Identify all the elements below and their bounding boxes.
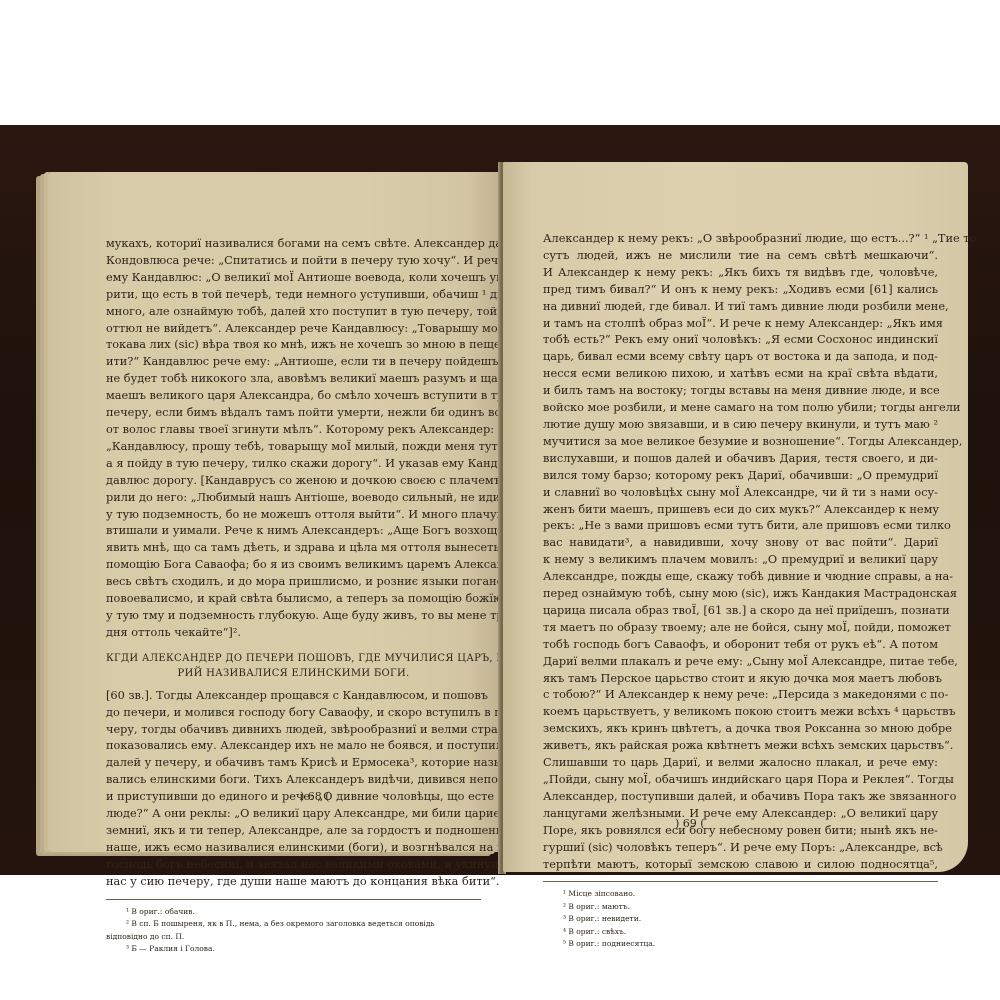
- text-line: Александре, пожды еще, скажу тобѣ дивние…: [543, 569, 938, 586]
- text-line: мукахъ, коториї називалися богами на сем…: [106, 236, 481, 253]
- text-line: И Александер к нему рекъ: „Якъ бихъ тя в…: [543, 265, 938, 282]
- text-line: нас у сию печеру, где души наше маютъ до…: [106, 874, 481, 891]
- footnote: ³ В ориг.: невидети.: [543, 913, 938, 926]
- text-line: до печери, и молився господу богу Саваоф…: [106, 705, 481, 722]
- footnote: ² В сп. Б пошыреня, як в П., нема, а без…: [106, 918, 481, 931]
- text-line: далей у печеру, и обачивъ тамъ Крисѣ и Е…: [106, 755, 481, 772]
- chapter-heading-line-2: РИЙ НАЗИВАЛИСЯ ЕЛИНСКИМИ БОГИ.: [106, 666, 481, 681]
- text-line: сутъ людей, ижъ не мислили тие на семъ с…: [543, 248, 938, 265]
- text-line: у тую тму и подземность глубокую. Аще бу…: [106, 608, 481, 625]
- right-page-paragraph: Александер к нему рекъ: „О звѣрообразниї…: [543, 231, 938, 873]
- text-line: рити, що есть в той печерѣ, теди немного…: [106, 287, 481, 304]
- text-line: втишали и уимали. Рече к нимъ Александер…: [106, 523, 481, 540]
- page-number-69: ) 69 (: [675, 817, 705, 830]
- text-line: на дивниї людей, где бивал. И тиї тамъ д…: [543, 299, 938, 316]
- text-line: „Кандавлюсу, прошу тебѣ, товарыщу моЇ ми…: [106, 439, 481, 456]
- text-line: Слишавши то царь Дариї, и велми жалосно …: [543, 755, 938, 772]
- text-line: а я пойду в тую печеру, тилко скажи доро…: [106, 456, 481, 473]
- text-line: и славниї во чоловѣцѣх сыну моЇ Александ…: [543, 485, 938, 502]
- text-line: люде?“ А они реклы: „О великиї цару Алек…: [106, 806, 481, 823]
- text-line: и тамъ на столпѣ образ моЇ“. И рече к не…: [543, 316, 938, 333]
- text-line: [60 зв.]. Тогды Александер прощався с Ка…: [106, 688, 481, 705]
- text-line: вислухавши, и пошов далей и обачивъ Дари…: [543, 451, 938, 468]
- right-page-body: Александер к нему рекъ: „О звѣрообразниї…: [543, 231, 938, 951]
- footnote: ¹ В ориг.: обачив.: [106, 906, 481, 919]
- text-line: ланцугами желѣзными. И рече ему Александ…: [543, 806, 938, 823]
- footnote: ⁴ В ориг.: свѣхъ.: [543, 926, 938, 939]
- text-line: Поре, якъ ровнялся еси богу небесному ро…: [543, 823, 938, 840]
- text-line: Александер к нему рекъ: „О звѣрообразниї…: [543, 231, 938, 248]
- footnote: ² В ориг.: маютъ.: [543, 901, 938, 914]
- footnote: відповідно до сп. П.: [106, 931, 481, 944]
- chapter-heading-line-1: КГДИ АЛЕКСАНДЕР ДО ПЕЧЕРИ ПОШОВЪ, ГДЕ МУ…: [106, 651, 481, 666]
- text-line: рили до него: „Любимый нашъ Антіоше, вое…: [106, 490, 481, 507]
- text-line: гуршиї (sic) чоловѣкъ теперъ“. И рече ем…: [543, 840, 938, 857]
- text-line: вился тому барзо; которому рекъ Дариї, о…: [543, 468, 938, 485]
- text-line: повоевалисмо, и край свѣта былисмо, а те…: [106, 591, 481, 608]
- text-line: перед ознаймую тобѣ, сыну мою (sic), ижъ…: [543, 586, 938, 603]
- text-line: у тую подземность, бо не можешъ оттоля в…: [106, 507, 481, 524]
- text-line: пред тимъ бивал?“ И онъ к нему рекъ: „Хо…: [543, 282, 938, 299]
- footnote: ³ Б — Раклия і Голова.: [106, 943, 481, 956]
- text-line: войско мое розбили, и мене самаго на том…: [543, 400, 938, 417]
- text-line: весь свѣтъ сходилъ, и до мора пришлисмо,…: [106, 574, 481, 591]
- text-line: ити?“ Кандавлюс рече ему: „Антиоше, если…: [106, 354, 481, 371]
- text-line: показовались ему. Александер ихъ не мало…: [106, 738, 481, 755]
- text-line: царица писала образ твоЇ, [61 зв.] а ско…: [543, 603, 938, 620]
- text-line: терпѣти маютъ, которыї земскою славою и …: [543, 857, 938, 874]
- text-line: рекъ: „Не з вами пришовъ есми тутъ бити,…: [543, 518, 938, 535]
- text-line: токава лих (sic) вѣра твоя ко мнѣ, ижъ н…: [106, 337, 481, 354]
- text-line: коемъ царьствуетъ, у великомъ покою стои…: [543, 704, 938, 721]
- footnote-divider: [106, 899, 481, 900]
- text-line: тя маетъ по образу твоему; але не бойся,…: [543, 620, 938, 637]
- page-number-68: ) 68 (: [300, 790, 330, 803]
- text-line: помощію Бога Саваофа; бо я из своимъ вел…: [106, 557, 481, 574]
- footnote: ¹ Місце зіпсовано.: [543, 888, 938, 901]
- text-line: дня оттоль чекайте“]².: [106, 625, 481, 642]
- text-line: тобѣ есть?“ Рекъ ему ониї чоловѣкъ: „Я е…: [543, 332, 938, 349]
- text-line: „Пойди, сыну моЇ, обачишъ индийскаго цар…: [543, 772, 938, 789]
- text-line: мучитися за мое великое безумие и вознош…: [543, 434, 938, 451]
- text-line: Кондовлюса рече: „Спитатись и пойти в пе…: [106, 253, 481, 270]
- left-page-body: мукахъ, коториї називалися богами на сем…: [106, 236, 481, 956]
- right-page: Александер к нему рекъ: „О звѣрообразниї…: [503, 162, 968, 872]
- text-line: живетъ, якъ райская рожа квѣтнетъ межи в…: [543, 738, 938, 755]
- text-line: якъ тамъ Перское царьство стоит и якую д…: [543, 671, 938, 688]
- text-line: от волос главы твоеї згинути мѣлъ“. Кото…: [106, 422, 481, 439]
- footnote-divider: [543, 881, 938, 882]
- text-line: маешъ великого царя Александра, бо смѣло…: [106, 388, 481, 405]
- text-line: несся есми великою пихою, и хатѣвъ есми …: [543, 366, 938, 383]
- text-line: явить мнѣ, що са тамъ дѣеть, и здрава и …: [106, 540, 481, 557]
- text-line: вались елинскими боги. Тихъ Александеръ …: [106, 772, 481, 789]
- text-line: женъ бити маешъ, пришевъ еси до сих мукъ…: [543, 502, 938, 519]
- text-line: вас навидати³, а навидивши, хочу знову о…: [543, 535, 938, 552]
- text-line: Александер, поступивши далей, и обачивъ …: [543, 789, 938, 806]
- text-line: давлюс дорогу. [Кандаврусъ со женою и до…: [106, 473, 481, 490]
- text-line: лютие душу мою звязавши, и в сию печеру …: [543, 417, 938, 434]
- text-line: ему Кандавлюс: „О великиї моЇ Антиоше во…: [106, 270, 481, 287]
- text-line: черу, тогды обачивъ дивнихъ людей, звѣро…: [106, 722, 481, 739]
- text-line: и билъ тамъ на востоку; тогды вставы на …: [543, 383, 938, 400]
- text-line: Дариї велми плакалъ и рече ему: „Сыну мо…: [543, 654, 938, 671]
- left-page-paragraph-1: мукахъ, коториї називалися богами на сем…: [106, 236, 481, 642]
- left-page-footnotes: ¹ В ориг.: обачив.² В сп. Б пошыреня, як…: [106, 906, 481, 956]
- text-line: печеру, если бимъ вѣдалъ тамъ пойти умер…: [106, 405, 481, 422]
- left-page: мукахъ, коториї називалися богами на сем…: [48, 172, 503, 852]
- text-line: оттюл не вийдетъ“. Александер рече Канда…: [106, 321, 481, 338]
- text-line: земскихъ, якъ кринъ цвѣтетъ, а дочка тво…: [543, 721, 938, 738]
- text-line: наше, ижъ есмо називалися елинскими (бог…: [106, 840, 481, 857]
- text-line: не будет тобѣ никокого зла, авовѣмъ вели…: [106, 371, 481, 388]
- right-page-footnotes: ¹ Місце зіпсовано.² В ориг.: маютъ.³ В о…: [543, 888, 938, 951]
- text-line: и приступивши до единого и рече: „О дивн…: [106, 789, 481, 806]
- text-line: к нему з великимъ плачем мовилъ: „О прем…: [543, 552, 938, 569]
- footnote: ⁵ В ориг.: подниесятца.: [543, 938, 938, 951]
- text-line: с тобою?“ И Александер к нему рече: „Пер…: [543, 687, 938, 704]
- text-line: много, але ознаймую тобѣ, далей хто пост…: [106, 304, 481, 321]
- text-line: земниї, якъ и ти тепер, Александре, але …: [106, 823, 481, 840]
- text-line: царь, бивал есми всему свѣту царъ от вос…: [543, 349, 938, 366]
- text-line: тобѣ господь богъ Саваофъ, и оборонит те…: [543, 637, 938, 654]
- left-page-paragraph-2: [60 зв.]. Тогды Александер прощався с Ка…: [106, 688, 481, 891]
- text-line: господь богъ небесниї, и звязал нас вели…: [106, 857, 481, 874]
